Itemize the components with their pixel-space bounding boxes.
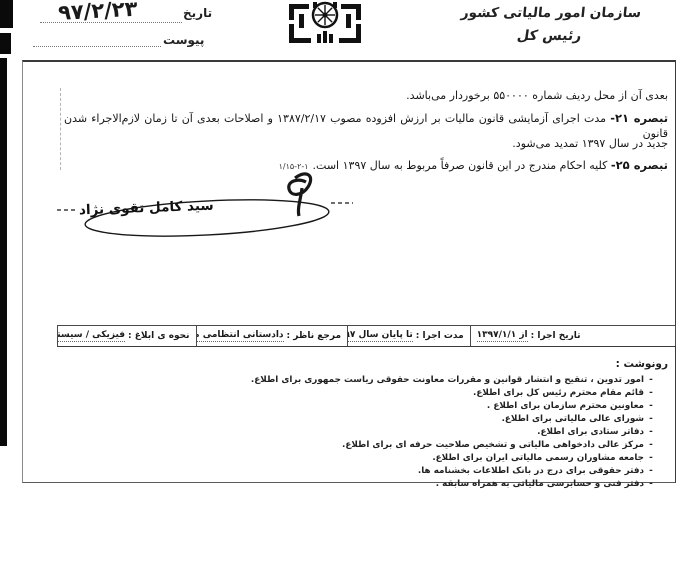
dash-bullet: -: [644, 374, 658, 387]
redaction-block-top: [0, 0, 13, 28]
body-note-21-continued: جدید در سال ۱۳۹۷ تمدید می‌شود.: [512, 136, 668, 151]
notification-value: فیزیکی / سیستمی: [58, 330, 125, 342]
supervisor-label: مرجع ناظر :: [287, 331, 342, 341]
cc-item: -دفتر فنی و حسابرسی مالیاتی به همراه ساب…: [58, 478, 658, 491]
execution-date-label: تاریخ اجرا :: [531, 331, 581, 341]
table-cell-supervisor: مرجع ناظر : دادستانی انتظامی مالیاتی: [196, 326, 348, 346]
dash-bullet: -: [644, 413, 658, 426]
supervisor-value: دادستانی انتظامی مالیاتی: [196, 330, 284, 342]
cc-item: -قائم مقام محترم رئیس کل برای اطلاع.: [58, 387, 658, 400]
cc-section-title: رونوشت :: [616, 358, 668, 370]
duration-label: مدت اجرا :: [416, 331, 464, 341]
attachment-dotted-line: [33, 45, 161, 47]
cc-item-text: شورای عالی مالیاتی برای اطلاع.: [502, 413, 644, 426]
cc-list: -امور تدوین ، تنقیح و انتشار قوانین و مق…: [58, 374, 658, 491]
signature-block: سید کامل تقوی نژاد: [55, 168, 355, 248]
scan-edge-bar: [0, 58, 7, 446]
tax-organization-emblem-icon: [287, 0, 363, 48]
cc-item-text: معاونین محترم سازمان برای اطلاع .: [487, 400, 644, 413]
cc-item: -دفاتر ستادی برای اطلاع.: [58, 426, 658, 439]
table-cell-duration: مدت اجرا : تا پایان سال ۱۳۹۷: [347, 326, 470, 346]
table-cell-execution-date: تاریخ اجرا : از ۱۳۹۷/۱/۱: [470, 326, 675, 346]
dash-bullet: -: [644, 400, 658, 413]
duration-value: تا پایان سال ۱۳۹۷: [347, 330, 413, 342]
cc-item: -جامعه مشاوران رسمی مالیاتی ایران برای ا…: [58, 452, 658, 465]
cc-item: -مرکز عالی دادخواهی مالیاتی و تشخیص صلاح…: [58, 439, 658, 452]
cc-item-text: دفتر حقوقی برای درج در بانک اطلاعات بخشن…: [418, 465, 644, 478]
cc-item-text: جامعه مشاوران رسمی مالیاتی ایران برای اط…: [432, 452, 644, 465]
cc-item: -شورای عالی مالیاتی برای اطلاع.: [58, 413, 658, 426]
execution-date-value: از ۱۳۹۷/۱/۱: [477, 330, 528, 342]
note-21-label: تبصره ۲۱-: [610, 111, 668, 125]
cc-item: -امور تدوین ، تنقیح و انتشار قوانین و مق…: [58, 374, 658, 387]
cc-item-text: دفتر فنی و حسابرسی مالیاتی به همراه سابق…: [436, 478, 644, 491]
dash-bullet: -: [644, 478, 658, 491]
organization-role: رئیس کل: [516, 28, 583, 44]
dash-bullet: -: [644, 426, 658, 439]
table-cell-notification-method: نحوه ی ابلاغ : فیزیکی / سیستمی: [58, 326, 196, 346]
dash-bullet: -: [644, 439, 658, 452]
cc-item-text: امور تدوین ، تنقیح و انتشار قوانین و مقر…: [251, 374, 644, 387]
execution-info-table: تاریخ اجرا : از ۱۳۹۷/۱/۱ مدت اجرا : تا پ…: [57, 325, 676, 347]
cc-item-text: دفاتر ستادی برای اطلاع.: [537, 426, 644, 439]
notification-label: نحوه ی ابلاغ :: [128, 331, 190, 341]
note-25-label: تبصره ۲۵-: [611, 158, 668, 172]
cc-item-text: مرکز عالی دادخواهی مالیاتی و تشخیص صلاحی…: [342, 439, 644, 452]
cc-item: -معاونین محترم سازمان برای اطلاع .: [58, 400, 658, 413]
attachment-label: پیوست: [163, 33, 204, 47]
cc-item: -دفتر حقوقی برای درج در بانک اطلاعات بخش…: [58, 465, 658, 478]
redaction-block-second: [0, 33, 11, 54]
organization-title: سازمان امور مالیاتی کشور: [460, 5, 642, 21]
scan-fold-line: [60, 88, 61, 170]
dash-bullet: -: [644, 452, 658, 465]
dash-bullet: -: [644, 465, 658, 478]
dash-bullet: -: [644, 387, 658, 400]
note-25-text: کلیه احکام مندرج در این قانون صرفاً مربو…: [313, 159, 608, 172]
body-line-1: بعدی آن از محل ردیف شماره ۵۵۰۰۰۰ برخوردا…: [406, 88, 668, 103]
cc-item-text: قائم مقام محترم رئیس کل برای اطلاع.: [473, 387, 644, 400]
date-label: تاریخ: [183, 6, 212, 20]
scanned-letter-page: تاریخ ۹۷/۲/۲۳ پیوست: [0, 0, 681, 562]
